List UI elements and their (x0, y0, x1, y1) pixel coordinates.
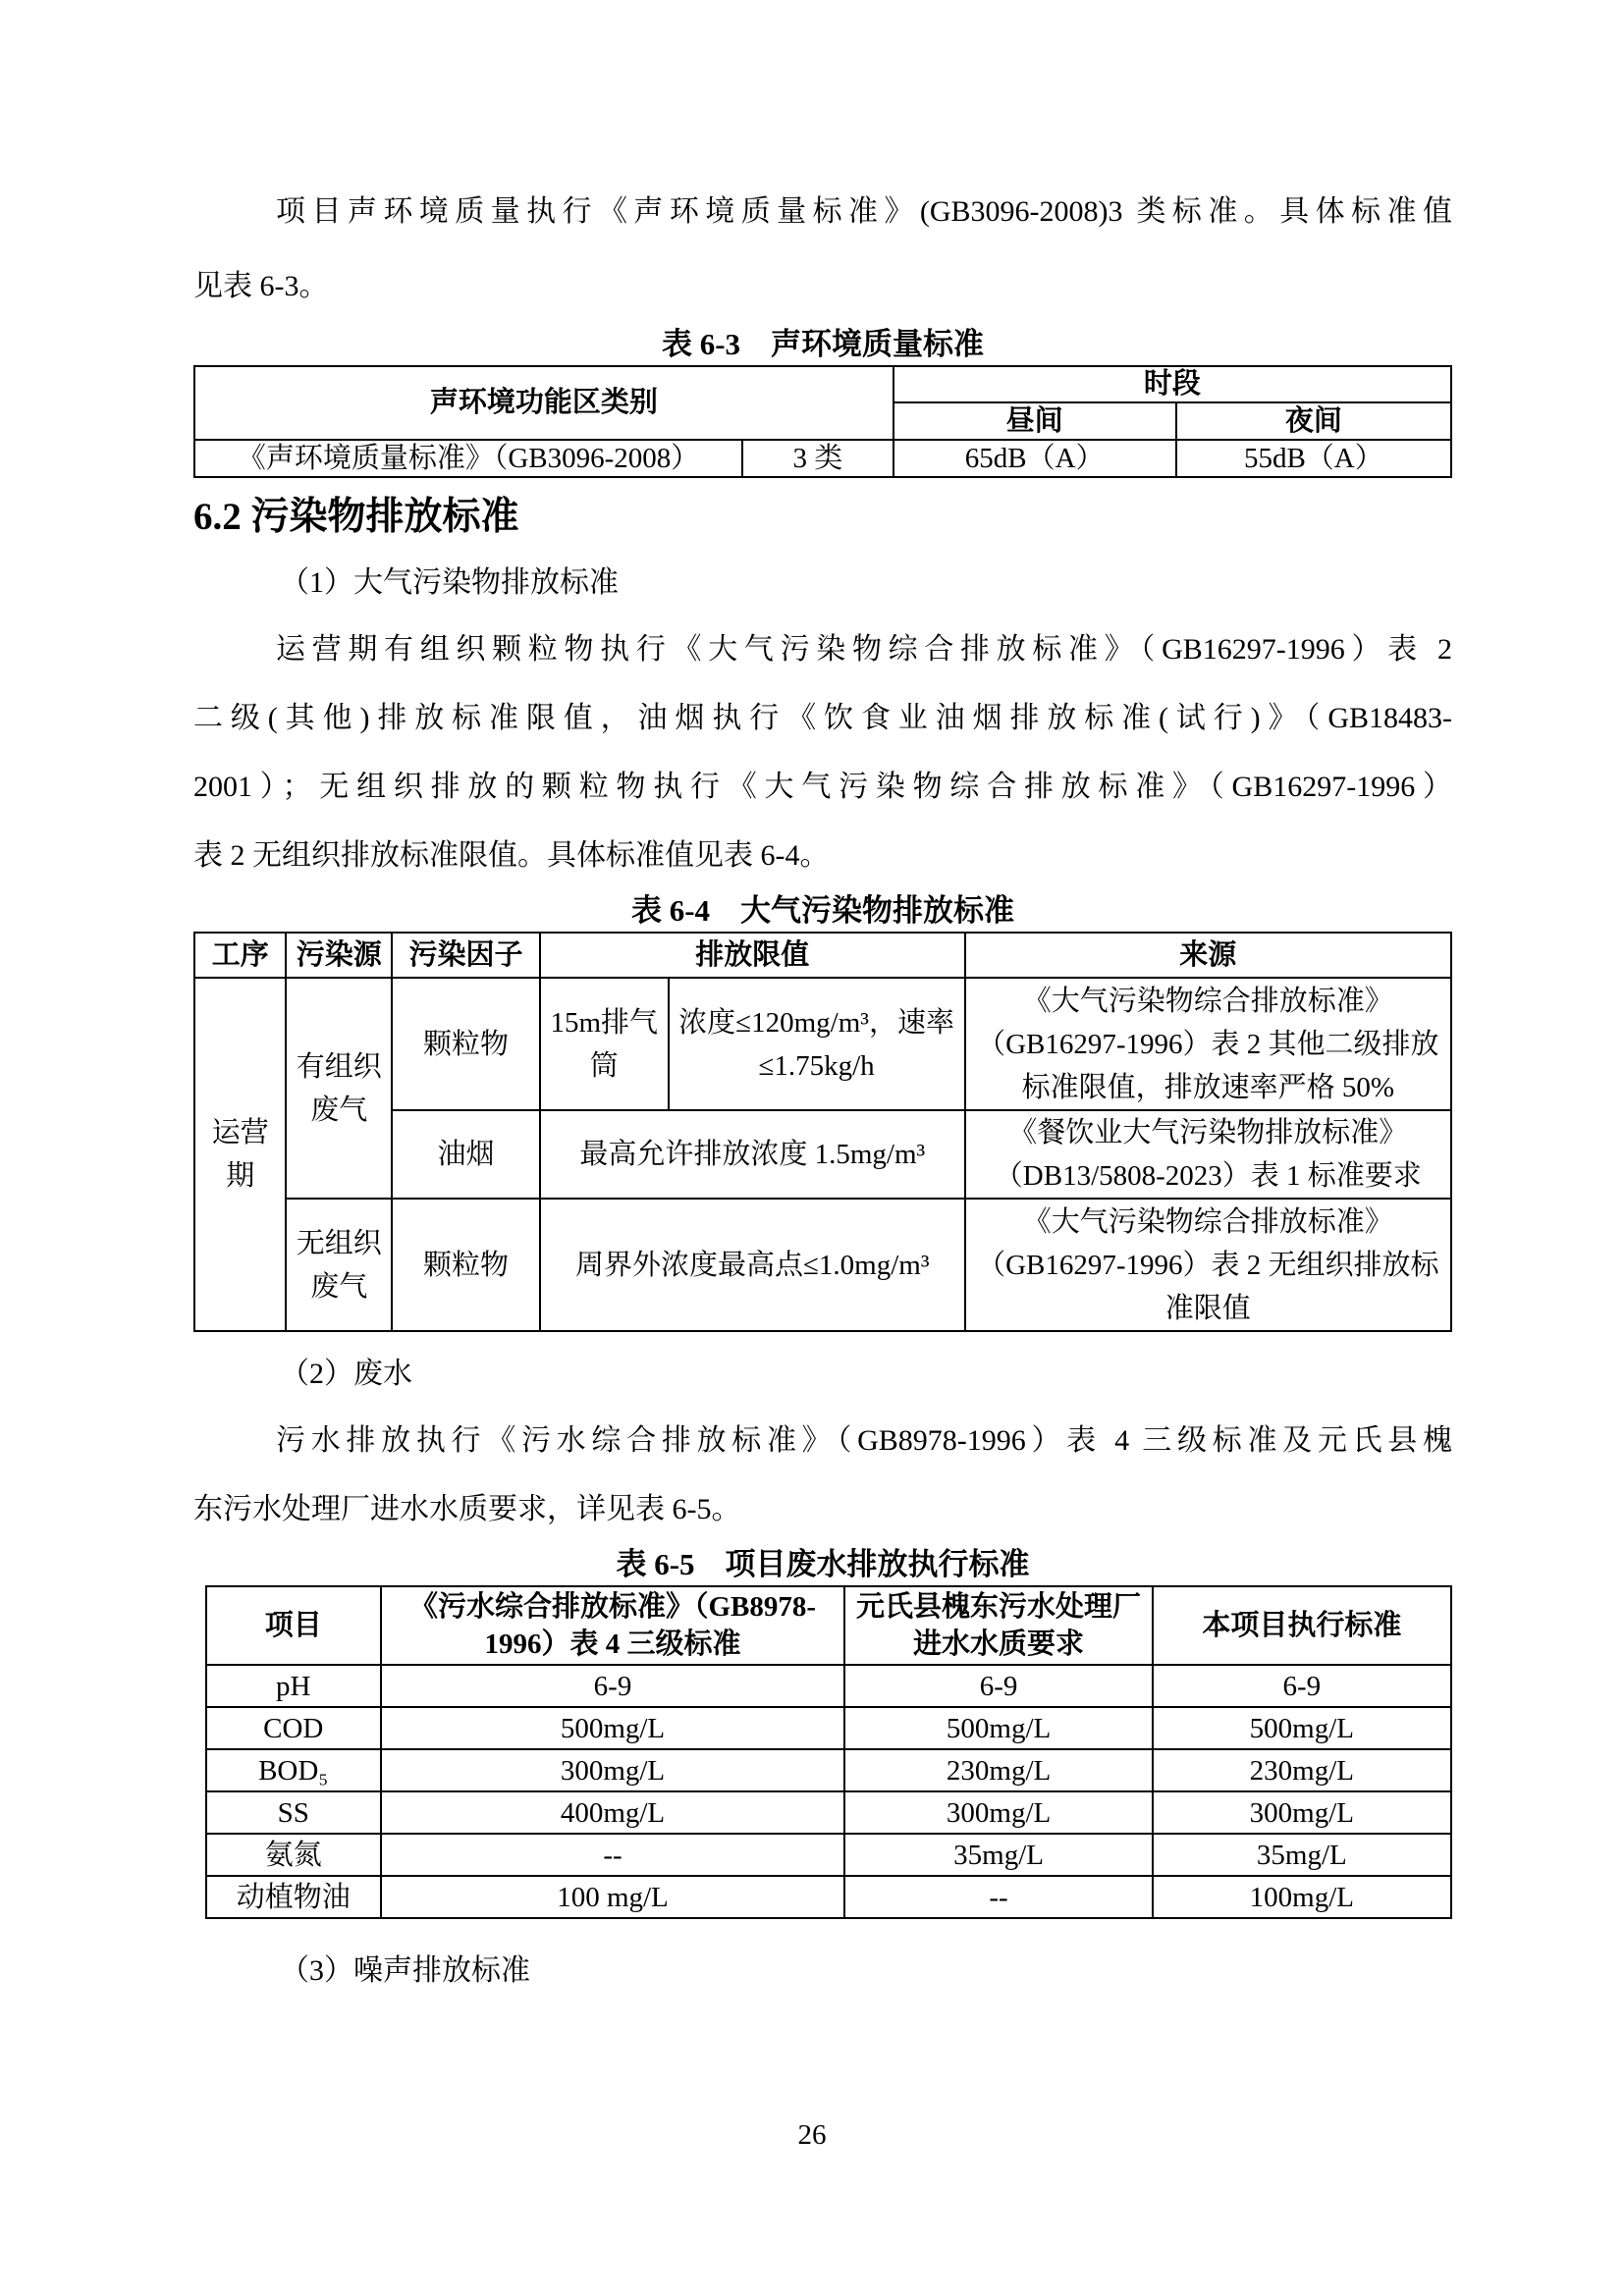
table-row: 声环境功能区类别 时段 (194, 366, 1451, 402)
t63-header-period: 时段 (893, 366, 1451, 402)
subitem-2-wastewater: （2）废水 (193, 1354, 1452, 1395)
t65-cell: 300mg/L (381, 1749, 845, 1791)
t65-cell: 6-9 (844, 1665, 1152, 1707)
table-row: 运营期 有组织废气 颗粒物 15m排气筒 浓度≤120mg/m³，速率≤1.75… (194, 978, 1451, 1110)
t64-cell-unorganized: 无组织废气 (286, 1199, 392, 1331)
t63-header-day: 昼间 (893, 402, 1176, 440)
table-6-3: 声环境功能区类别 时段 昼间 夜间 《声环境质量标准》（GB3096-2008）… (193, 365, 1452, 478)
table-6-3-title: 表 6-3 声环境质量标准 (193, 324, 1452, 365)
t63-cell-night: 55dB（A） (1176, 440, 1451, 477)
t64-cell-r1-limit-a: 15m排气筒 (540, 978, 669, 1110)
table-row: pH 6-9 6-9 6-9 (206, 1665, 1451, 1707)
paragraph-wastewater: 污水排放执行《污水综合排放标准》（GB8978-1996）表 4 三级标准及元氏… (193, 1407, 1452, 1544)
t65-cell: 400mg/L (381, 1791, 845, 1834)
t65-header-item: 项目 (206, 1586, 381, 1665)
t64-header-origin: 来源 (965, 933, 1451, 978)
t65-cell: pH (206, 1665, 381, 1707)
body-text-line: 污水排放执行《污水综合排放标准》（GB8978-1996）表 4 三级标准及元氏… (193, 1407, 1452, 1475)
t64-cell-r2-factor: 油烟 (392, 1110, 540, 1199)
t65-cell: 35mg/L (1153, 1834, 1451, 1876)
body-text-line: 见表 6-3。 (193, 249, 1452, 324)
table-row: 项目 《污水综合排放标准》（GB8978-1996）表 4 三级标准 元氏县槐东… (206, 1586, 1451, 1665)
page-content: 项目声环境质量执行《声环境质量标准》(GB3096-2008)3 类标准。具体标… (0, 0, 1624, 1992)
table-6-5-title: 表 6-5 项目废水排放执行标准 (193, 1544, 1452, 1585)
t64-cell-r2-origin: 《餐饮业大气污染物排放标准》（DB13/5808-2023）表 1 标准要求 (965, 1110, 1451, 1199)
t65-header-project: 本项目执行标准 (1153, 1586, 1451, 1665)
table-row: COD 500mg/L 500mg/L 500mg/L (206, 1707, 1451, 1749)
t64-header-limit: 排放限值 (540, 933, 965, 978)
t65-cell: -- (381, 1834, 845, 1876)
paragraph-noise-quality: 项目声环境质量执行《声环境质量标准》(GB3096-2008)3 类标准。具体标… (193, 175, 1452, 324)
t63-cell-standard: 《声环境质量标准》（GB3096-2008） (194, 440, 742, 477)
table-row: BOD₅ 300mg/L 230mg/L 230mg/L (206, 1749, 1451, 1791)
paragraph-air-standards: 运营期有组织颗粒物执行《大气污染物综合排放标准》（GB16297-1996）表 … (193, 615, 1452, 890)
body-text-line: 表 2 无组织排放标准限值。具体标准值见表 6-4。 (193, 822, 1452, 890)
t64-cell-r1-factor: 颗粒物 (392, 978, 540, 1110)
table-6-5: 项目 《污水综合排放标准》（GB8978-1996）表 4 三级标准 元氏县槐东… (205, 1585, 1452, 1919)
t65-cell: 100 mg/L (381, 1876, 845, 1918)
t64-cell-r3-factor: 颗粒物 (392, 1199, 540, 1331)
body-text-line: 二级(其他)排放标准限值，油烟执行《饮食业油烟排放标准(试行)》（GB18483… (193, 684, 1452, 753)
t65-cell: 230mg/L (1153, 1749, 1451, 1791)
t65-header-gb8978: 《污水综合排放标准》（GB8978-1996）表 4 三级标准 (381, 1586, 845, 1665)
t65-cell: 动植物油 (206, 1876, 381, 1918)
t64-cell-r2-limit: 最高允许排放浓度 1.5mg/m³ (540, 1110, 965, 1199)
t64-cell-r3-origin: 《大气污染物综合排放标准》（GB16297-1996）表 2 无组织排放标准限值 (965, 1199, 1451, 1331)
t65-cell: 100mg/L (1153, 1876, 1451, 1918)
t64-header-process: 工序 (194, 933, 286, 978)
page-number: 26 (0, 2118, 1624, 2152)
t64-cell-organized: 有组织废气 (286, 978, 392, 1199)
table-6-4-title: 表 6-4 大气污染物排放标准 (193, 890, 1452, 932)
t65-cell: 35mg/L (844, 1834, 1152, 1876)
t65-cell: 500mg/L (844, 1707, 1152, 1749)
t64-cell-process: 运营期 (194, 978, 286, 1331)
t65-cell: COD (206, 1707, 381, 1749)
t64-cell-r1-limit-b: 浓度≤120mg/m³，速率≤1.75kg/h (669, 978, 965, 1110)
table-row: 动植物油 100 mg/L -- 100mg/L (206, 1876, 1451, 1918)
t63-header-night: 夜间 (1176, 402, 1451, 440)
t63-cell-class: 3 类 (742, 440, 893, 477)
subitem-1-air: （1）大气污染物排放标准 (193, 562, 1452, 604)
t65-cell: -- (844, 1876, 1152, 1918)
t64-header-factor: 污染因子 (392, 933, 540, 978)
t65-cell: SS (206, 1791, 381, 1834)
t64-header-source: 污染源 (286, 933, 392, 978)
document-page: { "paragraphs": { "p1": [ "项目声环境质量执行《声环境… (0, 0, 1624, 2296)
table-row: 无组织废气 颗粒物 周界外浓度最高点≤1.0mg/m³ 《大气污染物综合排放标准… (194, 1199, 1451, 1331)
body-text-line: 2001）；无组织排放的颗粒物执行《大气污染物综合排放标准》（GB16297-1… (193, 753, 1452, 822)
t65-cell: 300mg/L (1153, 1791, 1451, 1834)
t63-cell-day: 65dB（A） (893, 440, 1176, 477)
t65-cell: BOD₅ (206, 1749, 381, 1791)
t64-cell-r3-limit: 周界外浓度最高点≤1.0mg/m³ (540, 1199, 965, 1331)
body-text-line: 项目声环境质量执行《声环境质量标准》(GB3096-2008)3 类标准。具体标… (193, 175, 1452, 249)
t65-cell: 6-9 (1153, 1665, 1451, 1707)
t63-header-category: 声环境功能区类别 (194, 366, 893, 440)
t64-cell-r1-origin: 《大气污染物综合排放标准》（GB16297-1996）表 2 其他二级排放标准限… (965, 978, 1451, 1110)
t65-cell: 氨氮 (206, 1834, 381, 1876)
table-row: SS 400mg/L 300mg/L 300mg/L (206, 1791, 1451, 1834)
table-row: 《声环境质量标准》（GB3096-2008） 3 类 65dB（A） 55dB（… (194, 440, 1451, 477)
t65-cell: 500mg/L (381, 1707, 845, 1749)
table-row: 工序 污染源 污染因子 排放限值 来源 (194, 933, 1451, 978)
subitem-3-noise: （3）噪声排放标准 (193, 1950, 1452, 1992)
section-heading-6-2: 6.2 污染物排放标准 (193, 492, 1452, 543)
t65-cell: 300mg/L (844, 1791, 1152, 1834)
body-text-line: 运营期有组织颗粒物执行《大气污染物综合排放标准》（GB16297-1996）表 … (193, 615, 1452, 684)
body-text-line: 东污水处理厂进水水质要求，详见表 6-5。 (193, 1475, 1452, 1544)
t65-header-plant: 元氏县槐东污水处理厂进水水质要求 (844, 1586, 1152, 1665)
t65-cell: 6-9 (381, 1665, 845, 1707)
table-6-4: 工序 污染源 污染因子 排放限值 来源 运营期 有组织废气 颗粒物 15m排气筒… (193, 932, 1452, 1332)
t65-cell: 230mg/L (844, 1749, 1152, 1791)
t65-cell: 500mg/L (1153, 1707, 1451, 1749)
table-row: 氨氮 -- 35mg/L 35mg/L (206, 1834, 1451, 1876)
